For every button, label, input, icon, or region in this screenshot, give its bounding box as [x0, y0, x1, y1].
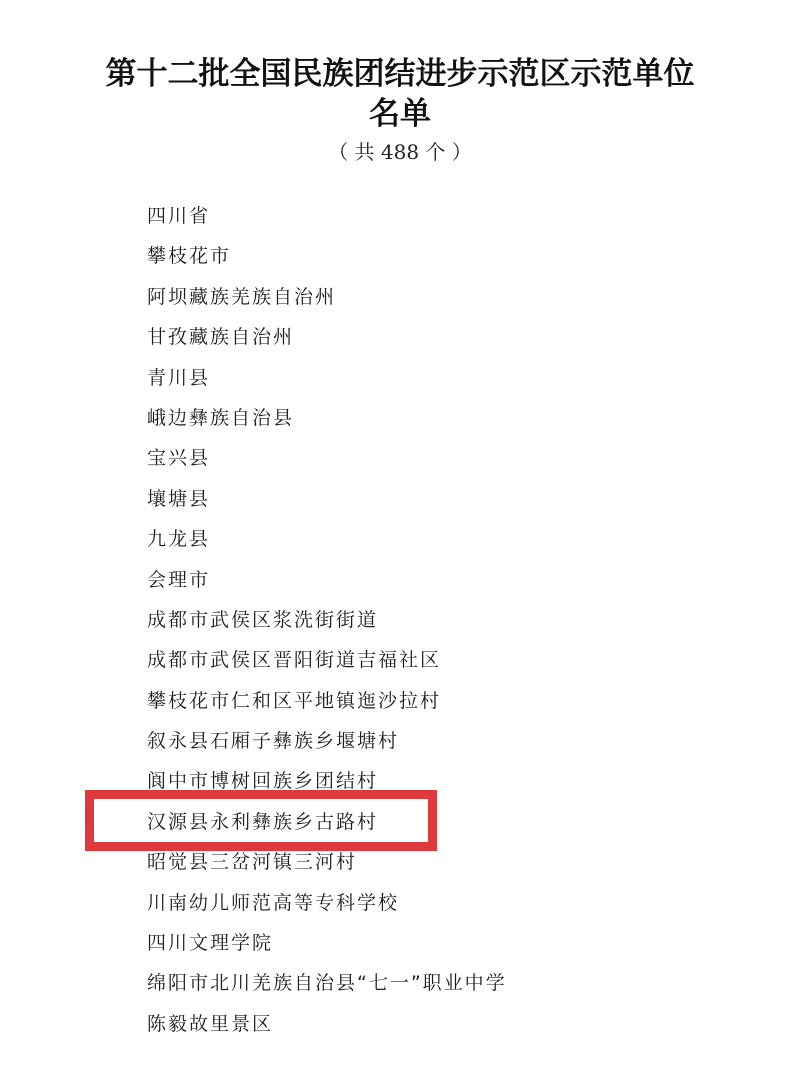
list-item: 攀枝花市仁和区平地镇迤沙拉村: [147, 687, 507, 727]
list-item: 阿坝藏族羌族自治州: [147, 283, 507, 323]
unit-list: 四川省 攀枝花市 阿坝藏族羌族自治州 甘孜藏族自治州 青川县 峨边彝族自治县 宝…: [147, 202, 507, 1050]
list-item: 青川县: [147, 364, 507, 404]
list-item: 川南幼儿师范高等专科学校: [147, 889, 507, 929]
document-title-line-1: 第十二批全国民族团结进步示范区示范单位: [0, 48, 800, 93]
list-item: 叙永县石厢子彝族乡堰塘村: [147, 727, 507, 767]
list-item: 陈毅故里景区: [147, 1010, 507, 1050]
list-item: 会理市: [147, 566, 507, 606]
list-item: 成都市武侯区浆洗街街道: [147, 606, 507, 646]
document-title-line-2: 名单: [0, 88, 800, 133]
red-highlight-box: [85, 790, 437, 851]
document-count-subtitle: （ 共 488 个 ）: [0, 136, 800, 165]
list-item: 昭觉县三岔河镇三河村: [147, 848, 507, 888]
list-item: 绵阳市北川羌族自治县“七一”职业中学: [147, 969, 507, 1009]
list-item: 攀枝花市: [147, 242, 507, 282]
list-item: 成都市武侯区晋阳街道吉福社区: [147, 646, 507, 686]
list-item: 四川省: [147, 202, 507, 242]
list-item: 壤塘县: [147, 485, 507, 525]
list-item: 四川文理学院: [147, 929, 507, 969]
list-item: 九龙县: [147, 525, 507, 565]
list-item: 宝兴县: [147, 444, 507, 484]
list-item: 甘孜藏族自治州: [147, 323, 507, 363]
list-item: 峨边彝族自治县: [147, 404, 507, 444]
